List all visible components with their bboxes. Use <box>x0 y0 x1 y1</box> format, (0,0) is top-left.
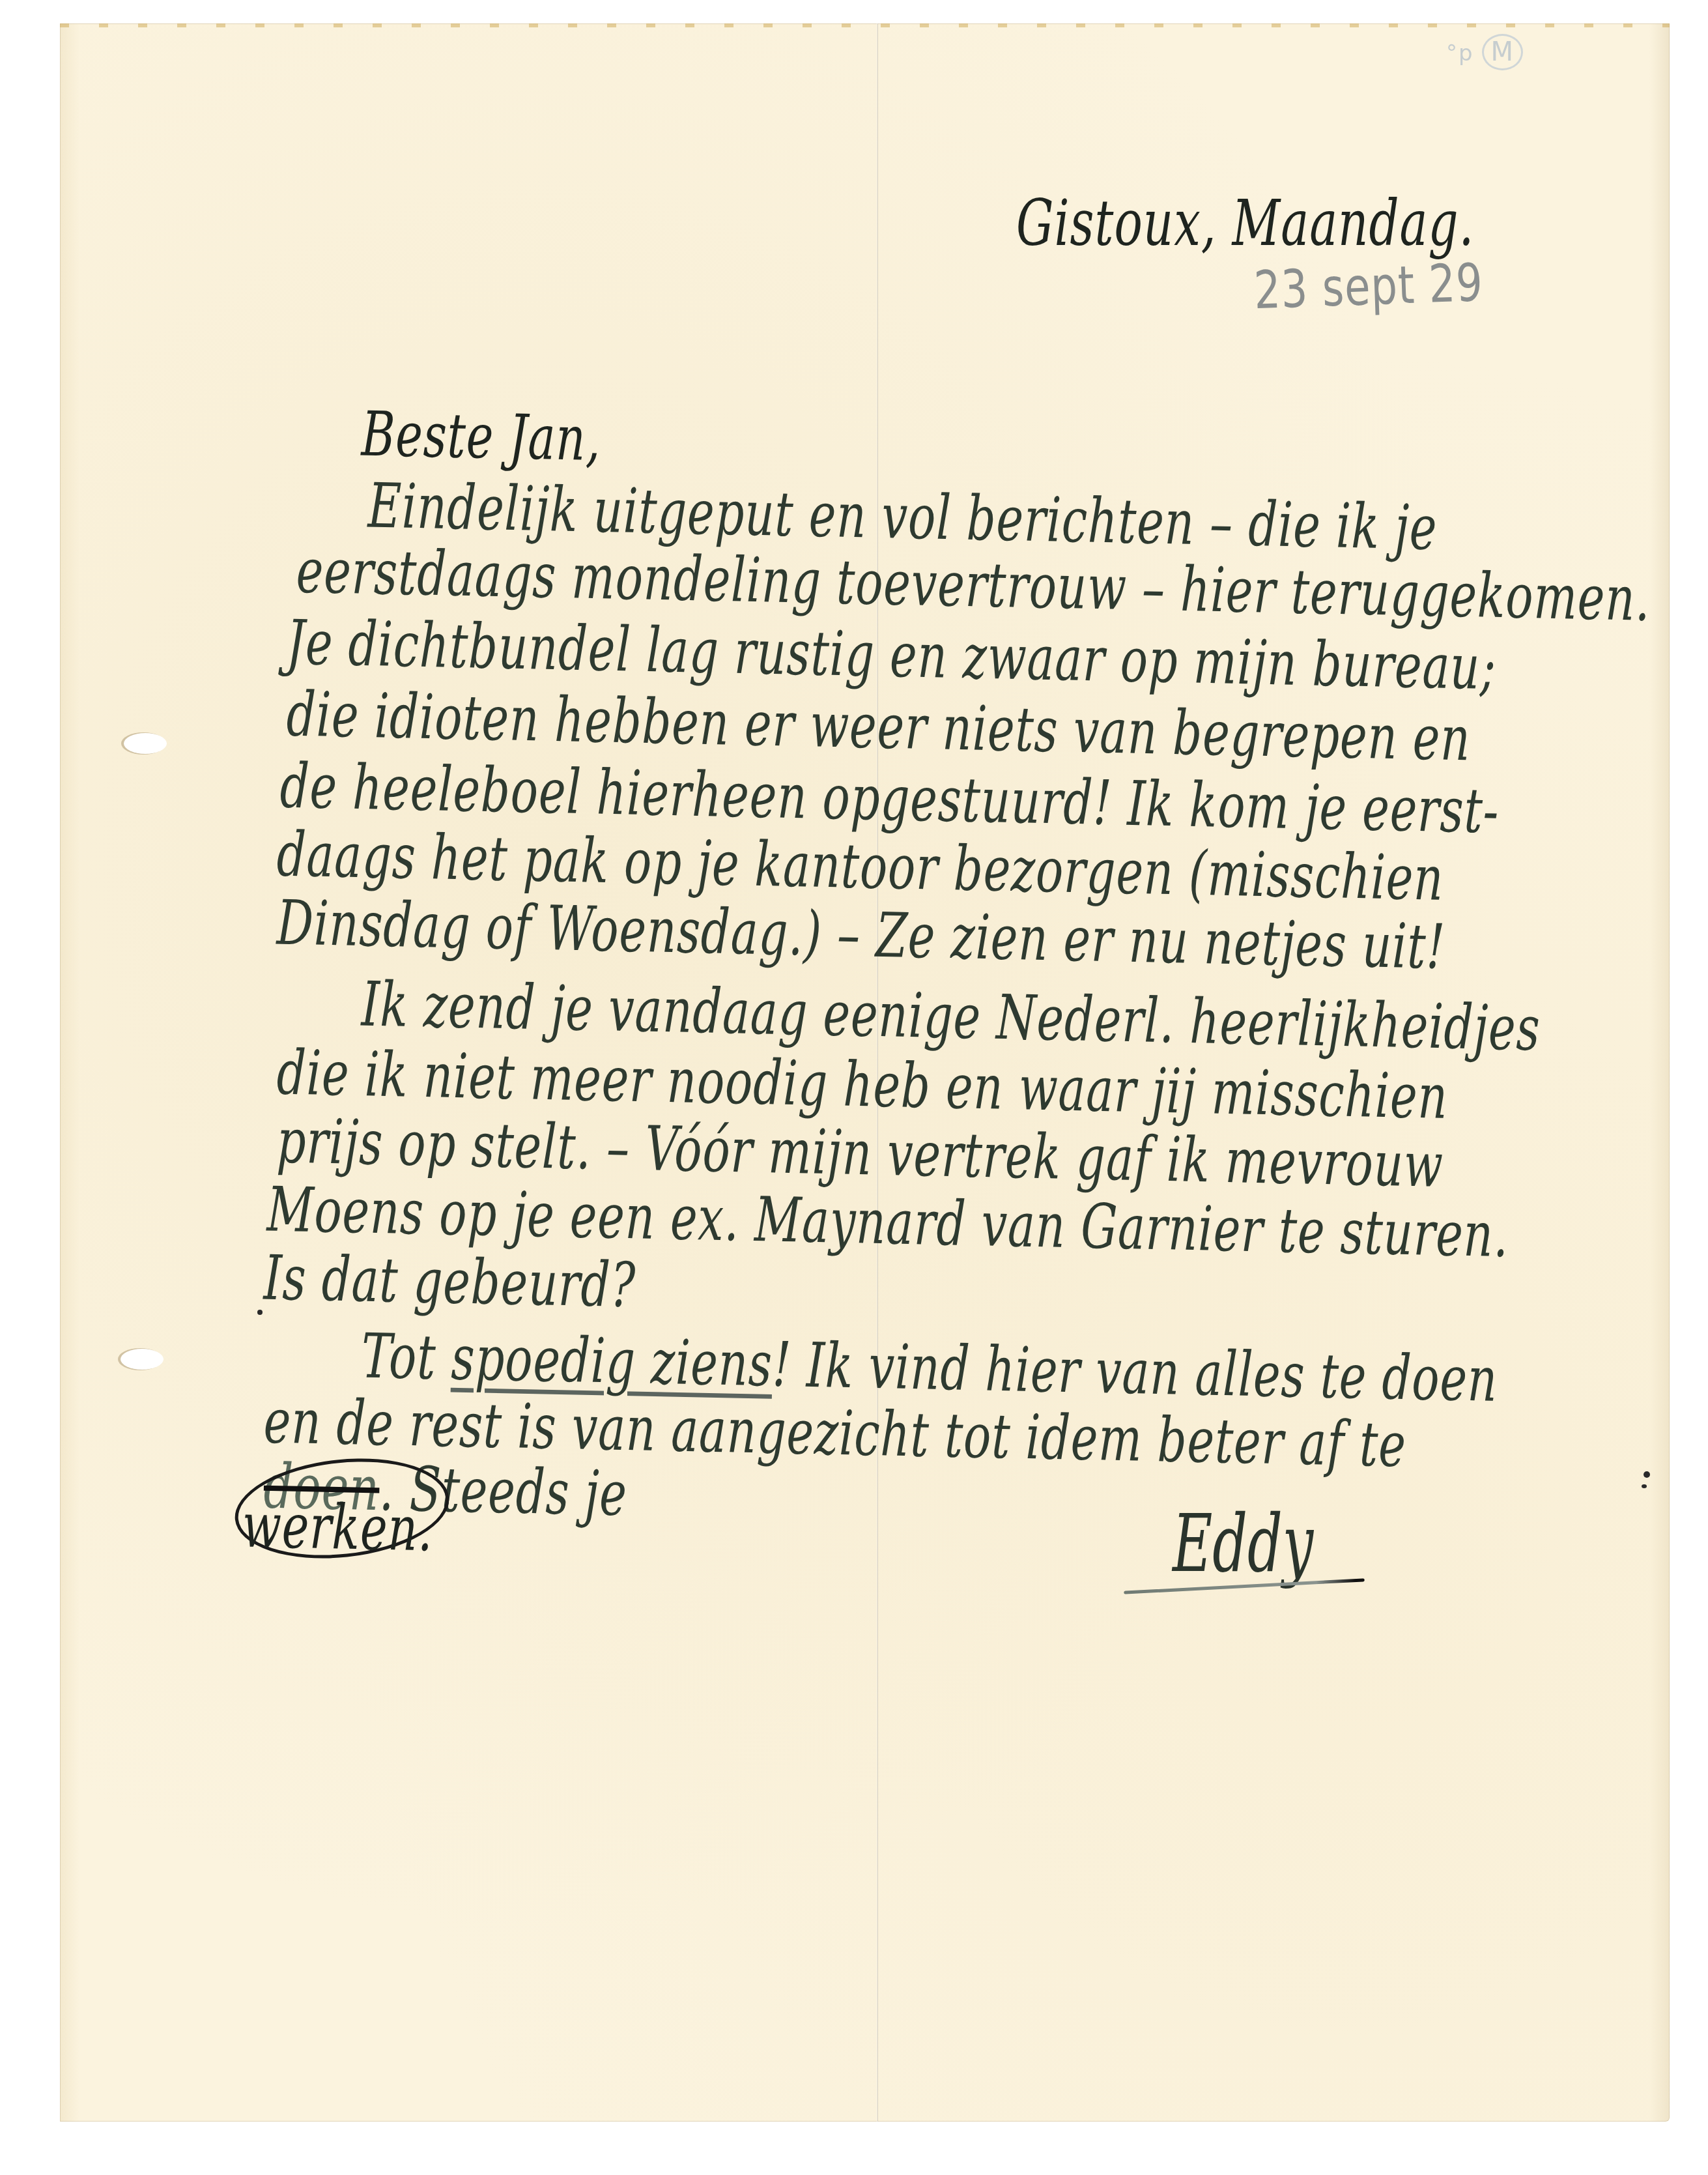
place-and-day: Gistoux, Maandag. <box>1016 186 1474 259</box>
archive-stamp-mark: °p M <box>1446 34 1523 70</box>
margin-colon-mark-lower <box>1642 1484 1647 1488</box>
margin-colon-mark <box>1644 1471 1650 1478</box>
punch-hole-top <box>124 733 167 754</box>
punch-hole-bottom <box>121 1349 164 1370</box>
archive-stamp-prefix: °p <box>1446 40 1474 66</box>
closing-lead: Tot <box>361 1320 437 1394</box>
signature: Eddy <box>1173 1497 1313 1590</box>
salutation: Beste Jan, <box>361 398 602 475</box>
paper-edge-stain <box>60 23 1670 27</box>
margin-ink-dot <box>257 1310 263 1315</box>
circled-insert-word: werken. <box>242 1490 434 1566</box>
archive-stamp-circled-letter: M <box>1482 34 1523 70</box>
underlined-phrase: spoedig ziens <box>451 1322 773 1401</box>
pencil-date: 23 sept 29 <box>1253 253 1484 321</box>
letter-line-12: Is dat gebeurd? <box>263 1242 636 1322</box>
